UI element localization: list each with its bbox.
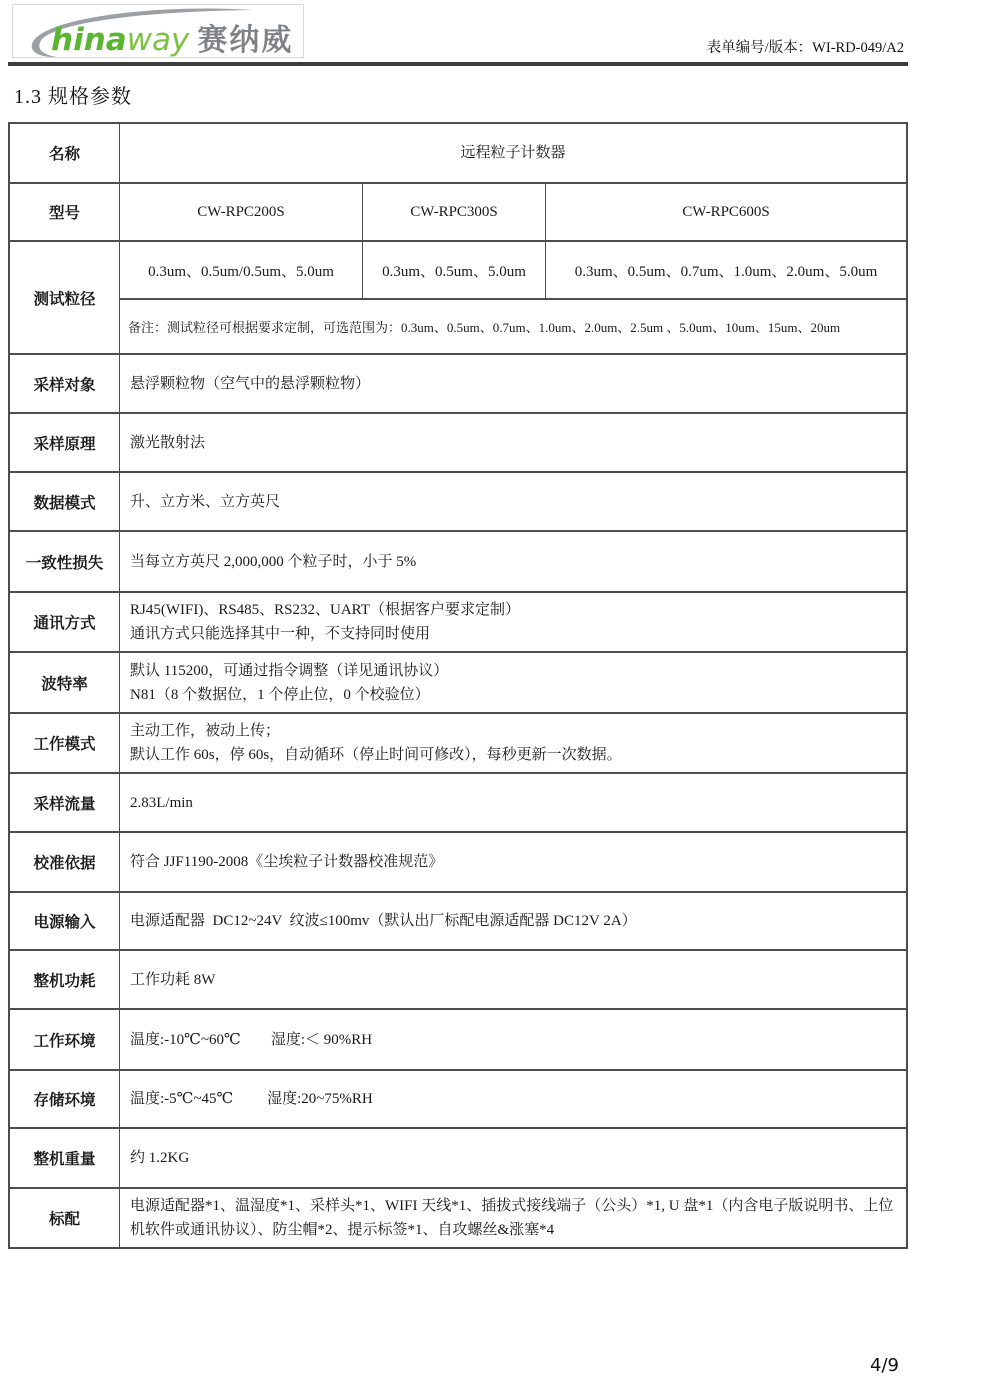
row-value: 2.83L/min <box>120 774 906 831</box>
table-row-particle-size: 测试粒径 0.3um、0.5um/0.5um、5.0um 0.3um、0.5um… <box>10 242 906 355</box>
table-row-standard-accessories: 标配 电源适配器*1、温湿度*1、采样头*1、WIFI 天线*1、插拔式接线端子… <box>10 1189 906 1247</box>
particle-cell: 0.3um、0.5um/0.5um、5.0um <box>120 242 363 298</box>
header-rule <box>8 62 908 66</box>
row-value: 升、立方米、立方英尺 <box>120 473 906 530</box>
row-label: 校准依据 <box>10 833 120 891</box>
table-row-working-environment: 工作环境 温度:-10℃~60℃ 湿度:＜ 90%RH <box>10 1010 906 1071</box>
row-label: 波特率 <box>10 653 120 712</box>
row-label: 采样原理 <box>10 414 120 471</box>
page-number: 4/9 <box>870 1355 899 1376</box>
row-label: 电源输入 <box>10 893 120 949</box>
row-label: 采样流量 <box>10 774 120 831</box>
row-value: 远程粒子计数器 <box>120 124 906 182</box>
row-label: 存储环境 <box>10 1071 120 1127</box>
table-row-data-mode: 数据模式 升、立方米、立方英尺 <box>10 473 906 532</box>
row-value: 温度:-10℃~60℃ 湿度:＜ 90%RH <box>120 1010 906 1069</box>
row-value: 主动工作，被动上传； 默认工作 60s，停 60s，自动循环（停止时间可修改），… <box>120 714 906 772</box>
row-value: 电源适配器 DC12~24V 纹波≤100mv（默认出厂标配电源适配器 DC12… <box>120 893 906 949</box>
table-row-flow-rate: 采样流量 2.83L/min <box>10 774 906 833</box>
doc-code: 表单编号/版本：WI-RD-049/A2 <box>8 36 908 57</box>
row-label: 通讯方式 <box>10 593 120 651</box>
model-cell: CW-RPC200S <box>120 184 363 240</box>
table-row-working-mode: 工作模式 主动工作，被动上传； 默认工作 60s，停 60s，自动循环（停止时间… <box>10 714 906 774</box>
row-label: 工作环境 <box>10 1010 120 1069</box>
table-row-name: 名称 远程粒子计数器 <box>10 124 906 184</box>
row-label: 工作模式 <box>10 714 120 772</box>
row-label: 一致性损失 <box>10 532 120 591</box>
row-label: 型号 <box>10 184 120 240</box>
model-cell: CW-RPC600S <box>546 184 906 240</box>
particle-size-cells: 0.3um、0.5um/0.5um、5.0um 0.3um、0.5um、5.0u… <box>120 242 906 353</box>
row-label: 数据模式 <box>10 473 120 530</box>
particle-size-note: 备注：测试粒径可根据要求定制，可选范围为：0.3um、0.5um、0.7um、1… <box>120 300 906 353</box>
row-label: 名称 <box>10 124 120 182</box>
table-row-calibration: 校准依据 符合 JJF1190-2008《尘埃粒子计数器校准规范》 <box>10 833 906 893</box>
row-value: 电源适配器*1、温湿度*1、采样头*1、WIFI 天线*1、插拔式接线端子（公头… <box>120 1189 906 1247</box>
row-value: 悬浮颗粒物（空气中的悬浮颗粒物） <box>120 355 906 412</box>
row-label: 采样对象 <box>10 355 120 412</box>
row-value: 工作功耗 8W <box>120 951 906 1008</box>
row-value: 默认 115200，可通过指令调整（详见通讯协议） N81（8 个数据位，1 个… <box>120 653 906 712</box>
section-title: 1.3 规格参数 <box>14 80 132 109</box>
table-row-baud-rate: 波特率 默认 115200，可通过指令调整（详见通讯协议） N81（8 个数据位… <box>10 653 906 714</box>
table-row-communication: 通讯方式 RJ45(WIFI)、RS485、RS232、UART（根据客户要求定… <box>10 593 906 653</box>
row-value: 温度:-5℃~45℃ 湿度:20~75%RH <box>120 1071 906 1127</box>
row-label: 整机功耗 <box>10 951 120 1008</box>
row-label: 测试粒径 <box>10 242 120 353</box>
spec-table: 名称 远程粒子计数器 型号 CW-RPC200S CW-RPC300S CW-R… <box>8 122 908 1249</box>
table-row-coincidence-loss: 一致性损失 当每立方英尺 2,000,000 个粒子时，小于 5% <box>10 532 906 593</box>
row-label: 整机重量 <box>10 1129 120 1187</box>
table-row-weight: 整机重量 约 1.2KG <box>10 1129 906 1189</box>
table-row-model: 型号 CW-RPC200S CW-RPC300S CW-RPC600S <box>10 184 906 242</box>
particle-size-values: 0.3um、0.5um/0.5um、5.0um 0.3um、0.5um、5.0u… <box>120 242 906 300</box>
model-cell: CW-RPC300S <box>363 184 546 240</box>
row-value: 激光散射法 <box>120 414 906 471</box>
table-row-power-consumption: 整机功耗 工作功耗 8W <box>10 951 906 1010</box>
row-value: RJ45(WIFI)、RS485、RS232、UART（根据客户要求定制） 通讯… <box>120 593 906 651</box>
particle-cell: 0.3um、0.5um、0.7um、1.0um、2.0um、5.0um <box>546 242 906 298</box>
table-row-sampling-object: 采样对象 悬浮颗粒物（空气中的悬浮颗粒物） <box>10 355 906 414</box>
row-label: 标配 <box>10 1189 120 1247</box>
row-value: 约 1.2KG <box>120 1129 906 1187</box>
row-value: 当每立方英尺 2,000,000 个粒子时，小于 5% <box>120 532 906 591</box>
table-row-power-input: 电源输入 电源适配器 DC12~24V 纹波≤100mv（默认出厂标配电源适配器… <box>10 893 906 951</box>
table-row-storage-environment: 存储环境 温度:-5℃~45℃ 湿度:20~75%RH <box>10 1071 906 1129</box>
row-value: 符合 JJF1190-2008《尘埃粒子计数器校准规范》 <box>120 833 906 891</box>
particle-cell: 0.3um、0.5um、5.0um <box>363 242 546 298</box>
table-row-sampling-principle: 采样原理 激光散射法 <box>10 414 906 473</box>
